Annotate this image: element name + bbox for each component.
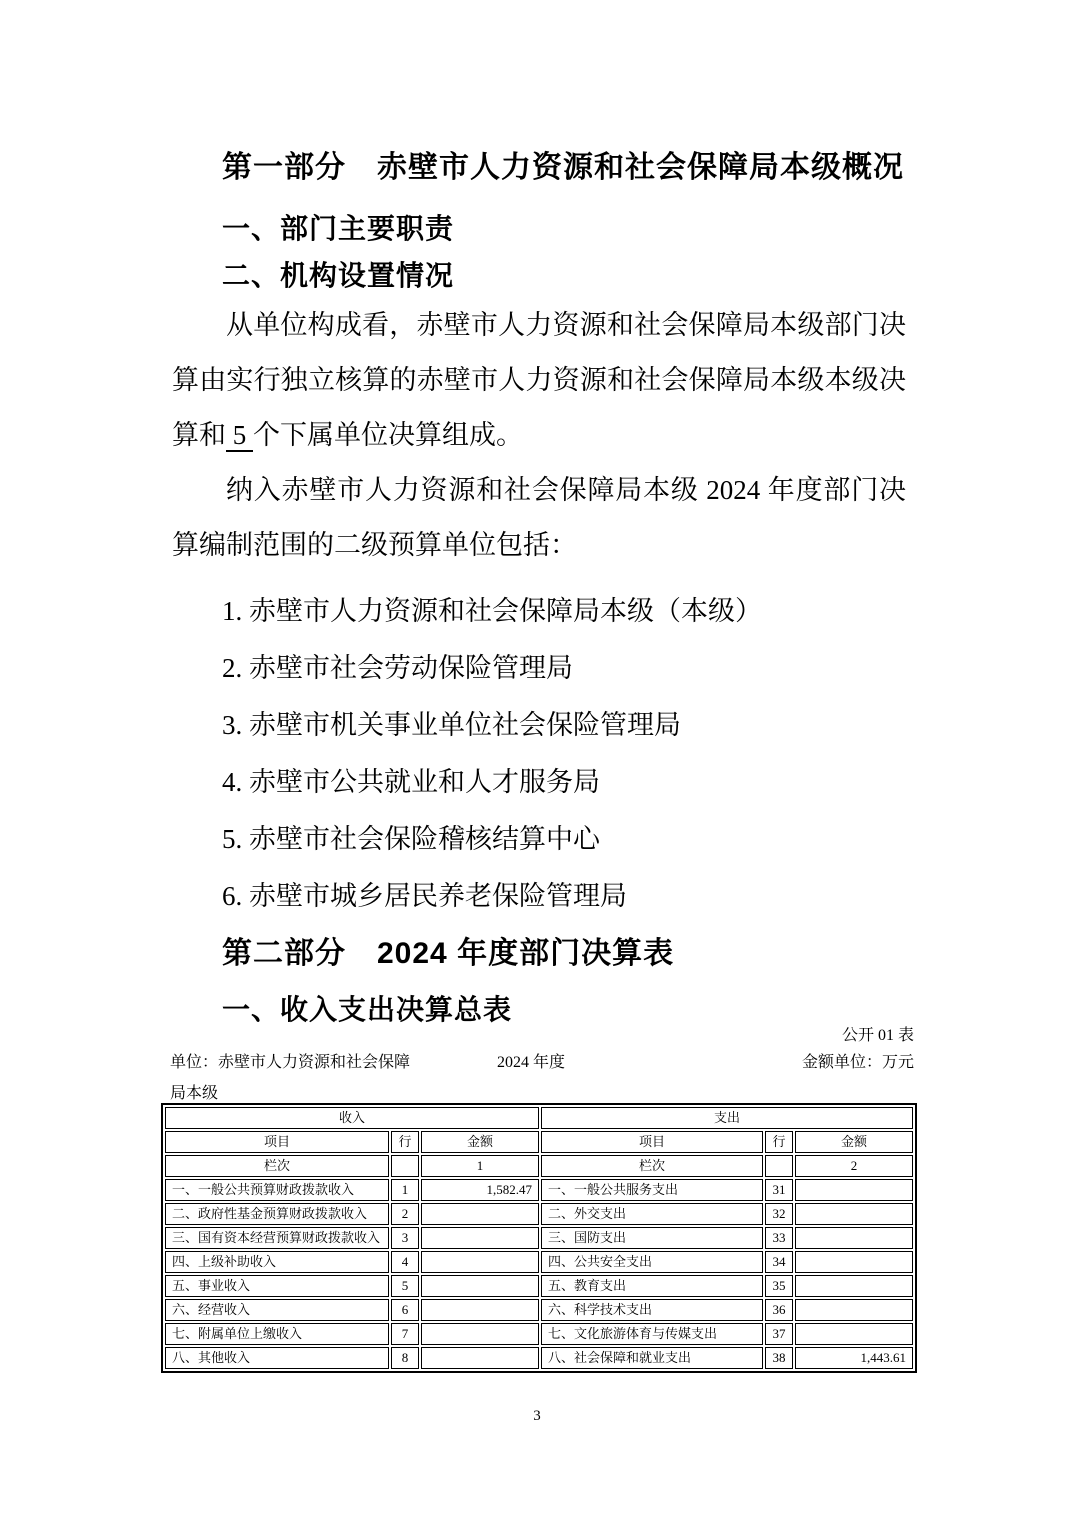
expense-line-header: 行 (765, 1131, 793, 1153)
table-row: 一、一般公共预算财政拨款收入 1 1,582.47 一、一般公共服务支出 31 (165, 1179, 913, 1201)
expense-line-cell: 38 (765, 1347, 793, 1369)
expense-lanci-cell: 栏次 (541, 1155, 763, 1177)
income-col-number-cell: 1 (421, 1155, 539, 1177)
expense-line-cell: 35 (765, 1275, 793, 1297)
income-line-cell: 4 (391, 1251, 419, 1273)
expense-line-cell: 33 (765, 1227, 793, 1249)
expense-item-header: 项目 (541, 1131, 763, 1153)
sheet-number-label: 公开 01 表 (842, 1022, 914, 1045)
document-page: 第一部分 赤壁市人力资源和社会保障局本级概况 一、部门主要职责 二、机构设置情况… (0, 0, 1074, 1520)
income-item-cell: 五、事业收入 (165, 1275, 389, 1297)
income-item-cell: 六、经营收入 (165, 1299, 389, 1321)
table-row: 七、附属单位上缴收入 7 七、文化旅游体育与传媒支出 37 (165, 1323, 913, 1345)
income-line-cell: 8 (391, 1347, 419, 1369)
expense-line-cell: 32 (765, 1203, 793, 1225)
expense-amount-header: 金额 (795, 1131, 913, 1153)
expense-line-cell: 37 (765, 1323, 793, 1345)
expense-item-cell: 三、国防支出 (541, 1227, 763, 1249)
expense-amount-cell (795, 1299, 913, 1321)
list-item: 6. 赤壁市城乡居民养老保险管理局 (222, 868, 762, 925)
expense-item-cell: 二、外交支出 (541, 1203, 763, 1225)
list-item: 1. 赤壁市人力资源和社会保障局本级（本级） (222, 583, 762, 640)
income-amount-cell (421, 1347, 539, 1369)
income-line-cell: 6 (391, 1299, 419, 1321)
income-line-header: 行 (391, 1131, 419, 1153)
section-org-setup-heading: 二、机构设置情况 (222, 254, 454, 294)
expense-amount-cell (795, 1275, 913, 1297)
expense-item-cell: 六、科学技术支出 (541, 1299, 763, 1321)
expense-item-cell: 八、社会保障和就业支出 (541, 1347, 763, 1369)
income-expense-summary-table: 收入 支出 项目 行 金额 项目 行 金额 栏次 1 栏次 2 一、一般公共预算… (161, 1103, 917, 1373)
income-item-cell: 三、国有资本经营预算财政拨款收入 (165, 1227, 389, 1249)
income-amount-cell (421, 1299, 539, 1321)
budget-unit-list: 1. 赤壁市人力资源和社会保障局本级（本级） 2. 赤壁市社会劳动保险管理局 3… (222, 583, 762, 925)
table-row: 六、经营收入 6 六、科学技术支出 36 (165, 1299, 913, 1321)
income-line-cell: 3 (391, 1227, 419, 1249)
page-number: 3 (0, 1408, 1074, 1425)
list-item: 3. 赤壁市机关事业单位社会保险管理局 (222, 697, 762, 754)
section-summary-table-heading: 一、收入支出决算总表 (222, 988, 512, 1028)
expense-amount-cell (795, 1203, 913, 1225)
column-number-row: 栏次 1 栏次 2 (165, 1155, 913, 1177)
income-amount-cell (421, 1203, 539, 1225)
table-row: 三、国有资本经营预算财政拨款收入 3 三、国防支出 33 (165, 1227, 913, 1249)
expense-lanci-line-cell (765, 1155, 793, 1177)
list-item: 5. 赤壁市社会保险稽核结算中心 (222, 811, 762, 868)
expense-line-cell: 34 (765, 1251, 793, 1273)
income-group-header: 收入 (165, 1107, 539, 1129)
table-row: 八、其他收入 8 八、社会保障和就业支出 38 1,443.61 (165, 1347, 913, 1369)
income-item-cell: 七、附属单位上缴收入 (165, 1323, 389, 1345)
subordinate-units-count: 5 (226, 420, 253, 450)
expense-amount-cell: 1,443.61 (795, 1347, 913, 1369)
income-item-cell: 八、其他收入 (165, 1347, 389, 1369)
income-item-header: 项目 (165, 1131, 389, 1153)
budget-units-intro-paragraph: 纳入赤壁市人力资源和社会保障局本级 2024 年度部门决算编制范围的二级预算单位… (172, 463, 906, 573)
paragraph-text: 个下属单位决算组成。 (253, 420, 523, 450)
income-amount-cell (421, 1275, 539, 1297)
group-header-row: 收入 支出 (165, 1107, 913, 1129)
income-amount-cell: 1,582.47 (421, 1179, 539, 1201)
income-item-cell: 四、上级补助收入 (165, 1251, 389, 1273)
expense-amount-cell (795, 1323, 913, 1345)
summary-table-container: 收入 支出 项目 行 金额 项目 行 金额 栏次 1 栏次 2 一、一般公共预算… (161, 1103, 917, 1373)
fiscal-year-label: 2024 年度 (497, 1049, 565, 1072)
income-amount-header: 金额 (421, 1131, 539, 1153)
table-row: 五、事业收入 5 五、教育支出 35 (165, 1275, 913, 1297)
list-item: 2. 赤壁市社会劳动保险管理局 (222, 640, 762, 697)
expense-item-cell: 五、教育支出 (541, 1275, 763, 1297)
income-item-cell: 一、一般公共预算财政拨款收入 (165, 1179, 389, 1201)
expense-line-cell: 31 (765, 1179, 793, 1201)
amount-unit-label: 金额单位：万元 (802, 1049, 914, 1072)
income-lanci-cell: 栏次 (165, 1155, 389, 1177)
income-lanci-line-cell (391, 1155, 419, 1177)
list-item: 4. 赤壁市公共就业和人才服务局 (222, 754, 762, 811)
income-line-cell: 5 (391, 1275, 419, 1297)
expense-item-cell: 四、公共安全支出 (541, 1251, 763, 1273)
expense-amount-cell (795, 1179, 913, 1201)
income-line-cell: 7 (391, 1323, 419, 1345)
income-item-cell: 二、政府性基金预算财政拨款收入 (165, 1203, 389, 1225)
expense-item-cell: 七、文化旅游体育与传媒支出 (541, 1323, 763, 1345)
expense-amount-cell (795, 1227, 913, 1249)
org-composition-paragraph: 从单位构成看，赤壁市人力资源和社会保障局本级部门决算由实行独立核算的赤壁市人力资… (172, 298, 906, 463)
expense-item-cell: 一、一般公共服务支出 (541, 1179, 763, 1201)
income-amount-cell (421, 1323, 539, 1345)
income-line-cell: 2 (391, 1203, 419, 1225)
part1-title: 第一部分 赤壁市人力资源和社会保障局本级概况 (222, 142, 904, 186)
expense-group-header: 支出 (541, 1107, 913, 1129)
part2-title: 第二部分 2024 年度部门决算表 (222, 928, 674, 972)
expense-amount-cell (795, 1251, 913, 1273)
income-line-cell: 1 (391, 1179, 419, 1201)
table-row: 二、政府性基金预算财政拨款收入 2 二、外交支出 32 (165, 1203, 913, 1225)
reporting-unit-label: 单位：赤壁市人力资源和社会保障局本级 (170, 1047, 418, 1109)
column-header-row: 项目 行 金额 项目 行 金额 (165, 1131, 913, 1153)
expense-line-cell: 36 (765, 1299, 793, 1321)
income-amount-cell (421, 1227, 539, 1249)
section-main-duties-heading: 一、部门主要职责 (222, 207, 454, 247)
table-row: 四、上级补助收入 4 四、公共安全支出 34 (165, 1251, 913, 1273)
expense-col-number-cell: 2 (795, 1155, 913, 1177)
income-amount-cell (421, 1251, 539, 1273)
